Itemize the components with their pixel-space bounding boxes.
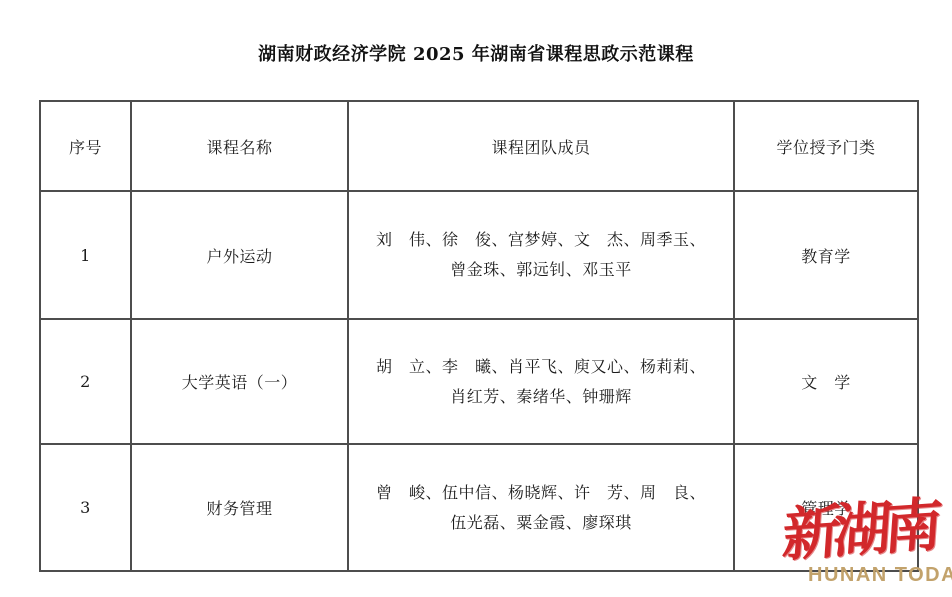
- cell-degree-category: 管理学: [734, 444, 918, 571]
- cell-course-name: 户外运动: [131, 191, 348, 319]
- column-header-degree-category: 学位授予门类: [734, 101, 918, 191]
- cell-course-name: 大学英语（一）: [131, 319, 348, 444]
- document-page: 湖南财政经济学院 2025 年湖南省课程思政示范课程 序号 课程名称 课程团队成…: [0, 0, 952, 597]
- cell-serial-number: 1: [40, 191, 131, 319]
- cell-degree-category: 教育学: [734, 191, 918, 319]
- cell-degree-category: 文 学: [734, 319, 918, 444]
- cell-serial-number: 2: [40, 319, 131, 444]
- column-header-team-members: 课程团队成员: [348, 101, 734, 191]
- cell-course-name: 财务管理: [131, 444, 348, 571]
- cell-serial-number: 3: [40, 444, 131, 571]
- column-header-serial: 序号: [40, 101, 131, 191]
- table-row: 1 户外运动 刘 伟、徐 俊、宫梦婷、文 杰、周季玉、 曾金珠、郭远钊、邓玉平 …: [40, 191, 918, 319]
- page-title: 湖南财政经济学院 2025 年湖南省课程思政示范课程: [0, 40, 952, 66]
- column-header-course-name: 课程名称: [131, 101, 348, 191]
- cell-team-members: 刘 伟、徐 俊、宫梦婷、文 杰、周季玉、 曾金珠、郭远钊、邓玉平: [348, 191, 734, 319]
- cell-team-members: 胡 立、李 曦、肖平飞、庾又心、杨莉莉、 肖红芳、秦绪华、钟珊辉: [348, 319, 734, 444]
- courses-table: 序号 课程名称 课程团队成员 学位授予门类 1 户外运动 刘 伟、徐 俊、宫梦婷…: [39, 100, 919, 572]
- table-row: 2 大学英语（一） 胡 立、李 曦、肖平飞、庾又心、杨莉莉、 肖红芳、秦绪华、钟…: [40, 319, 918, 444]
- table-row: 3 财务管理 曾 峻、伍中信、杨晓辉、许 芳、周 良、 伍光磊、粟金霞、廖琛琪 …: [40, 444, 918, 571]
- table-header-row: 序号 课程名称 课程团队成员 学位授予门类: [40, 101, 918, 191]
- cell-team-members: 曾 峻、伍中信、杨晓辉、许 芳、周 良、 伍光磊、粟金霞、廖琛琪: [348, 444, 734, 571]
